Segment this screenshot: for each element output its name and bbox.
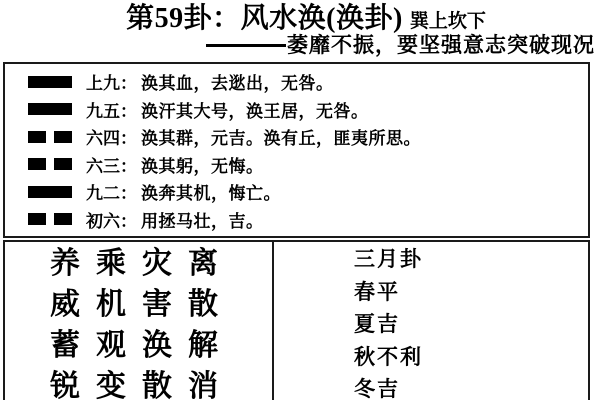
line-statement: 涣其躬，无悔。 xyxy=(141,152,264,177)
season-item: 秋不利 xyxy=(354,341,588,374)
keyword-row: 养乘灾离 xyxy=(50,243,272,284)
trigram-label: 巽上坎下 xyxy=(410,11,486,32)
subtitle-text: 萎靡不振，要坚强意志突破现况 xyxy=(287,32,595,58)
line-statement: 用拯马壮，吉。 xyxy=(141,207,264,232)
line-position-label: 上九： xyxy=(86,69,137,94)
yang-line-symbol xyxy=(28,186,72,198)
line-statement: 涣其群，元吉。涣有丘，匪夷所思。 xyxy=(141,124,421,149)
line-position-label: 九二： xyxy=(86,179,137,204)
keyword-row: 威机害散 xyxy=(50,284,272,325)
hexagram-title: 第59卦：风水涣(涣卦) xyxy=(126,3,403,34)
keyword-row: 蓄观涣解 xyxy=(50,325,272,366)
hexagram-line-row: 九五： 涣汗其大号，涣王居，无咎。 xyxy=(5,96,588,124)
hexagram-line-row: 六四： 涣其群，元吉。涣有丘，匪夷所思。 xyxy=(5,123,588,151)
hexagram-line-row: 初六： 用拯马壮，吉。 xyxy=(5,206,588,234)
line-position-label: 九五： xyxy=(86,97,137,122)
season-item: 春平 xyxy=(354,276,588,309)
hexagram-line-row: 九二： 涣奔其机，悔亡。 xyxy=(5,178,588,206)
hexagram-lines-box: 上九： 涣其血，去逖出，无咎。 九五： 涣汗其大号，涣王居，无咎。 六四： 涣其… xyxy=(3,62,590,238)
line-position-label: 六三： xyxy=(86,152,137,177)
hexagram-line-row: 六三： 涣其躬，无悔。 xyxy=(5,151,588,179)
season-fortune-list: 三月卦 春平 夏吉 秋不利 冬吉 xyxy=(274,242,588,400)
yin-line-symbol xyxy=(28,158,72,170)
summary-box: 养乘灾离 威机害散 蓄观涣解 锐变散消 三月卦 春平 夏吉 秋不利 冬吉 xyxy=(3,240,590,400)
yang-line-symbol xyxy=(28,76,72,88)
yang-line-symbol xyxy=(28,103,72,115)
line-statement: 涣汗其大号，涣王居，无咎。 xyxy=(141,97,369,122)
yin-line-symbol xyxy=(28,213,72,225)
dash-rule xyxy=(206,44,286,47)
keyword-grid: 养乘灾离 威机害散 蓄观涣解 锐变散消 xyxy=(5,242,274,400)
subtitle-row: 萎靡不振，要坚强意志突破现况 xyxy=(0,32,595,58)
line-position-label: 初六： xyxy=(86,207,137,232)
line-position-label: 六四： xyxy=(86,124,137,149)
keyword-row: 锐变散消 xyxy=(50,366,272,400)
hexagram-line-row: 上九： 涣其血，去逖出，无咎。 xyxy=(5,68,588,96)
season-item: 三月卦 xyxy=(354,243,588,276)
yin-line-symbol xyxy=(28,131,72,143)
header-title-row: 第59卦：风水涣(涣卦)巽上坎下 xyxy=(12,0,600,36)
season-item: 冬吉 xyxy=(354,373,588,400)
line-statement: 涣奔其机，悔亡。 xyxy=(141,179,281,204)
season-item: 夏吉 xyxy=(354,308,588,341)
line-statement: 涣其血，去逖出，无咎。 xyxy=(141,69,334,94)
